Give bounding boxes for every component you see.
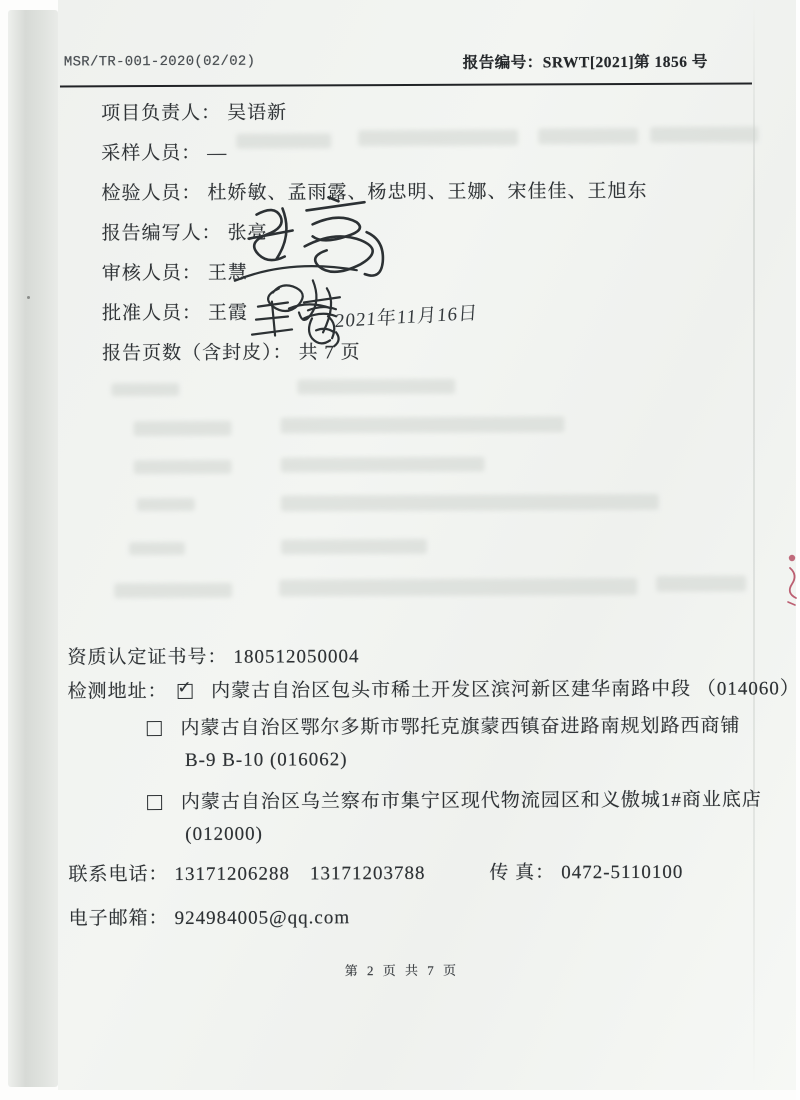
- field-project-leader: 项目负责人：吴语新: [101, 97, 287, 125]
- bleedthrough-text-smudge: [129, 542, 185, 555]
- field-value: —: [207, 143, 227, 164]
- address-row-1: 检测地址： ✓ 内蒙古自治区包头市稀土开发区滨河新区建华南路中段 （014060…: [68, 673, 800, 703]
- bleedthrough-text-smudge: [137, 498, 195, 511]
- red-ink-mark: [779, 548, 800, 610]
- address-text: 内蒙古自治区鄂尔多斯市鄂托克旗蒙西镇奋进路南规划路西商铺: [180, 716, 740, 739]
- field-label: 报告编写人：: [102, 223, 222, 245]
- bleedthrough-text-smudge: [538, 128, 638, 144]
- checkbox-checked-icon: ✓: [177, 684, 192, 699]
- address-text: 内蒙古自治区乌兰察布市集宁区现代物流园区和义傲城1#商业底店: [181, 789, 762, 813]
- address-text: 内蒙古自治区包头市稀土开发区滨河新区建华南路中段 （014060）: [211, 678, 800, 702]
- bleedthrough-text-smudge: [236, 133, 331, 148]
- field-label: 检测地址：: [68, 681, 168, 702]
- field-label: 批准人员：: [102, 303, 202, 324]
- field-label: 电子邮箱：: [69, 908, 169, 929]
- report-number: 报告编号：SRWT[2021]第 1856 号: [463, 50, 708, 73]
- bleedthrough-text-smudge: [111, 383, 179, 396]
- header-divider-rule: [60, 82, 752, 87]
- field-sampling-personnel: 采样人员：—: [101, 138, 227, 166]
- address-row-2-continued: B-9 B-10 (016062): [185, 749, 348, 772]
- page-footer: 第 2 页 共 7 页: [302, 960, 502, 980]
- field-label: 审核人员：: [102, 263, 202, 284]
- field-value: 0472-5110100: [561, 862, 683, 884]
- field-value: 180512050004: [233, 646, 359, 668]
- bleedthrough-text-smudge: [134, 460, 232, 474]
- field-value: 924984005@qq.com: [175, 907, 351, 929]
- bleedthrough-text-smudge: [114, 583, 232, 599]
- field-label: 资质认定证书号：: [67, 647, 227, 669]
- address-row-3: 内蒙古自治区乌兰察布市集宁区现代物流园区和义傲城1#商业底店: [147, 784, 762, 814]
- field-label: 传 真：: [489, 862, 555, 883]
- field-label: 检验人员：: [101, 183, 201, 204]
- field-label: 采样人员：: [101, 143, 201, 164]
- bleedthrough-text-smudge: [279, 578, 637, 597]
- bleedthrough-text-smudge: [281, 494, 659, 512]
- checkbox-unchecked-icon: [147, 795, 162, 810]
- bleedthrough-text-smudge: [281, 539, 427, 555]
- bleedthrough-text-smudge: [280, 416, 564, 433]
- field-certificate-number: 资质认定证书号：180512050004: [67, 641, 359, 669]
- field-email: 电子邮箱：924984005@qq.com: [69, 902, 351, 930]
- bleedthrough-text-smudge: [656, 575, 746, 591]
- bleedthrough-text-smudge: [133, 421, 231, 436]
- checkbox-unchecked-icon: [147, 721, 162, 736]
- bleedthrough-text-smudge: [358, 129, 518, 146]
- field-fax: 传 真：0472-5110100: [489, 857, 683, 885]
- address-row-3-continued: (012000): [185, 824, 263, 846]
- bleedthrough-text-smudge: [650, 126, 758, 142]
- bleedthrough-text-smudge: [297, 379, 455, 395]
- doc-code: MSR/TR-001-2020(02/02): [64, 54, 256, 71]
- address-row-2: 内蒙古自治区鄂尔多斯市鄂托克旗蒙西镇奋进路南规划路西商铺: [147, 711, 741, 741]
- bleedthrough-text-smudge: [281, 457, 485, 473]
- field-value: 13171206288 13171203788: [174, 863, 425, 885]
- document-content: MSR/TR-001-2020(02/02) 报告编号：SRWT[2021]第 …: [0, 0, 800, 1100]
- field-label: 联系电话：: [68, 864, 168, 885]
- field-phone: 联系电话：13171206288 13171203788: [68, 858, 425, 887]
- field-value: 吴语新: [227, 102, 287, 123]
- field-label: 项目负责人：: [101, 103, 221, 125]
